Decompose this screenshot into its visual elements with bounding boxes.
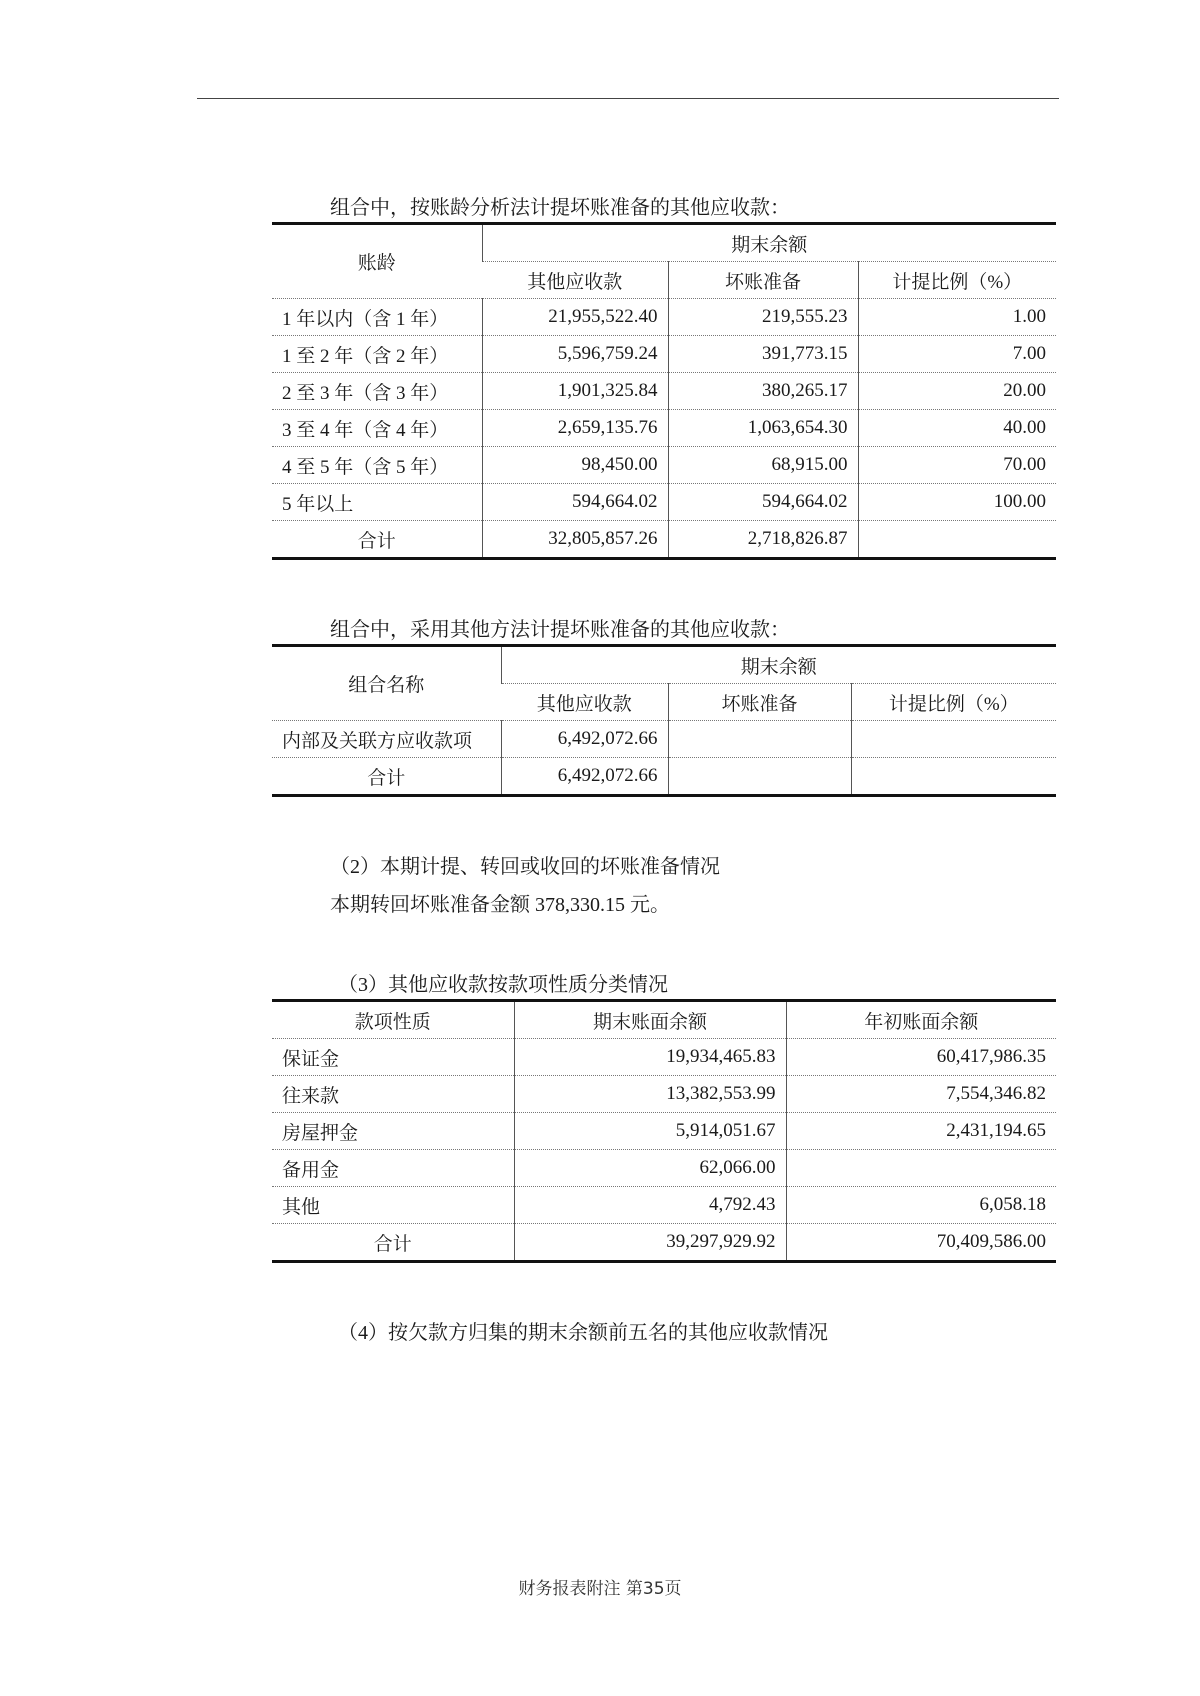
cell-ratio: 1.00 bbox=[858, 299, 1056, 336]
cell-ratio: 40.00 bbox=[858, 410, 1056, 447]
table3-caption: （3）其他应收款按款项性质分类情况 bbox=[338, 973, 668, 997]
column-header-begin-balance: 年初账面余额 bbox=[786, 1001, 1056, 1039]
row-label: 往来款 bbox=[272, 1076, 514, 1113]
cell-begin-balance: 6,058.18 bbox=[786, 1187, 1056, 1224]
section2-heading: （2）本期计提、转回或收回的坏账准备情况 bbox=[330, 855, 720, 879]
row-label: 保证金 bbox=[272, 1039, 514, 1076]
cell-provision: 219,555.23 bbox=[668, 299, 858, 336]
column-header-ratio: 计提比例（%） bbox=[858, 262, 1056, 299]
table-row: 4 至 5 年（含 5 年） 98,450.00 68,915.00 70.00 bbox=[272, 447, 1056, 484]
row-label: 2 至 3 年（含 3 年） bbox=[272, 373, 482, 410]
total-provision: 2,718,826.87 bbox=[668, 521, 858, 559]
page-footer: 财务报表附注 第35页 bbox=[0, 1574, 1200, 1599]
row-label: 1 年以内（含 1 年） bbox=[272, 299, 482, 336]
column-header-receivable: 其他应收款 bbox=[501, 684, 668, 721]
header-rule bbox=[197, 98, 1059, 99]
column-header-nature: 款项性质 bbox=[272, 1001, 514, 1039]
table-row: 往来款 13,382,553.99 7,554,346.82 bbox=[272, 1076, 1056, 1113]
cell-ratio bbox=[851, 721, 1056, 758]
table-total-row: 合计 39,297,929.92 70,409,586.00 bbox=[272, 1224, 1056, 1262]
cell-provision: 68,915.00 bbox=[668, 447, 858, 484]
cell-receivable: 21,955,522.40 bbox=[482, 299, 668, 336]
cell-end-balance: 13,382,553.99 bbox=[514, 1076, 786, 1113]
column-group-header: 期末余额 bbox=[482, 224, 1056, 262]
row-label: 房屋押金 bbox=[272, 1113, 514, 1150]
column-header-provision: 坏账准备 bbox=[668, 262, 858, 299]
row-label: 其他 bbox=[272, 1187, 514, 1224]
column-header-receivable: 其他应收款 bbox=[482, 262, 668, 299]
cell-begin-balance: 60,417,986.35 bbox=[786, 1039, 1056, 1076]
row-label: 备用金 bbox=[272, 1150, 514, 1187]
row-label: 1 至 2 年（含 2 年） bbox=[272, 336, 482, 373]
table-header-row: 组合名称 期末余额 bbox=[272, 646, 1056, 684]
cell-receivable: 98,450.00 bbox=[482, 447, 668, 484]
cell-receivable: 1,901,325.84 bbox=[482, 373, 668, 410]
column-group-header: 期末余额 bbox=[501, 646, 1056, 684]
table1-caption: 组合中，按账龄分析法计提坏账准备的其他应收款： bbox=[330, 196, 790, 220]
table-row: 内部及关联方应收款项 6,492,072.66 bbox=[272, 721, 1056, 758]
total-ratio bbox=[851, 758, 1056, 796]
cell-ratio: 20.00 bbox=[858, 373, 1056, 410]
cell-receivable: 5,596,759.24 bbox=[482, 336, 668, 373]
table-row: 2 至 3 年（含 3 年） 1,901,325.84 380,265.17 2… bbox=[272, 373, 1056, 410]
row-label: 内部及关联方应收款项 bbox=[272, 721, 501, 758]
cell-end-balance: 4,792.43 bbox=[514, 1187, 786, 1224]
total-label: 合计 bbox=[272, 758, 501, 796]
row-label: 3 至 4 年（含 4 年） bbox=[272, 410, 482, 447]
table-row: 保证金 19,934,465.83 60,417,986.35 bbox=[272, 1039, 1056, 1076]
column-header-end-balance: 期末账面余额 bbox=[514, 1001, 786, 1039]
table2-caption: 组合中，采用其他方法计提坏账准备的其他应收款： bbox=[330, 618, 790, 642]
cell-receivable: 6,492,072.66 bbox=[501, 721, 668, 758]
cell-receivable: 2,659,135.76 bbox=[482, 410, 668, 447]
total-label: 合计 bbox=[272, 1224, 514, 1262]
table-row: 其他 4,792.43 6,058.18 bbox=[272, 1187, 1056, 1224]
cell-provision: 380,265.17 bbox=[668, 373, 858, 410]
table-header-row: 款项性质 期末账面余额 年初账面余额 bbox=[272, 1001, 1056, 1039]
column-header-group-name: 组合名称 bbox=[272, 646, 501, 721]
cell-provision: 391,773.15 bbox=[668, 336, 858, 373]
cell-ratio: 7.00 bbox=[858, 336, 1056, 373]
column-header-ratio: 计提比例（%） bbox=[851, 684, 1056, 721]
total-end-balance: 39,297,929.92 bbox=[514, 1224, 786, 1262]
section2-text: 本期转回坏账准备金额 378,330.15 元。 bbox=[330, 893, 670, 917]
column-header-provision: 坏账准备 bbox=[668, 684, 851, 721]
table-row: 1 至 2 年（含 2 年） 5,596,759.24 391,773.15 7… bbox=[272, 336, 1056, 373]
cell-provision bbox=[668, 721, 851, 758]
cell-receivable: 594,664.02 bbox=[482, 484, 668, 521]
cell-begin-balance: 2,431,194.65 bbox=[786, 1113, 1056, 1150]
table-header-row: 账龄 期末余额 bbox=[272, 224, 1056, 262]
cell-provision: 594,664.02 bbox=[668, 484, 858, 521]
column-header-aging: 账龄 bbox=[272, 224, 482, 299]
aging-table: 账龄 期末余额 其他应收款 坏账准备 计提比例（%） 1 年以内（含 1 年） … bbox=[272, 222, 1056, 560]
cell-ratio: 100.00 bbox=[858, 484, 1056, 521]
table-row: 1 年以内（含 1 年） 21,955,522.40 219,555.23 1.… bbox=[272, 299, 1056, 336]
table-row: 房屋押金 5,914,051.67 2,431,194.65 bbox=[272, 1113, 1056, 1150]
cell-end-balance: 62,066.00 bbox=[514, 1150, 786, 1187]
cell-begin-balance bbox=[786, 1150, 1056, 1187]
cell-end-balance: 5,914,051.67 bbox=[514, 1113, 786, 1150]
section4-heading: （4）按欠款方归集的期末余额前五名的其他应收款情况 bbox=[338, 1321, 828, 1345]
total-label: 合计 bbox=[272, 521, 482, 559]
cell-provision: 1,063,654.30 bbox=[668, 410, 858, 447]
total-provision bbox=[668, 758, 851, 796]
total-receivable: 32,805,857.26 bbox=[482, 521, 668, 559]
table-row: 5 年以上 594,664.02 594,664.02 100.00 bbox=[272, 484, 1056, 521]
total-receivable: 6,492,072.66 bbox=[501, 758, 668, 796]
table-total-row: 合计 32,805,857.26 2,718,826.87 bbox=[272, 521, 1056, 559]
table-total-row: 合计 6,492,072.66 bbox=[272, 758, 1056, 796]
cell-ratio: 70.00 bbox=[858, 447, 1056, 484]
table-row: 3 至 4 年（含 4 年） 2,659,135.76 1,063,654.30… bbox=[272, 410, 1056, 447]
nature-table: 款项性质 期末账面余额 年初账面余额 保证金 19,934,465.83 60,… bbox=[272, 999, 1056, 1263]
row-label: 5 年以上 bbox=[272, 484, 482, 521]
table-row: 备用金 62,066.00 bbox=[272, 1150, 1056, 1187]
total-begin-balance: 70,409,586.00 bbox=[786, 1224, 1056, 1262]
total-ratio bbox=[858, 521, 1056, 559]
cell-begin-balance: 7,554,346.82 bbox=[786, 1076, 1056, 1113]
cell-end-balance: 19,934,465.83 bbox=[514, 1039, 786, 1076]
other-method-table: 组合名称 期末余额 其他应收款 坏账准备 计提比例（%） 内部及关联方应收款项 … bbox=[272, 644, 1056, 797]
row-label: 4 至 5 年（含 5 年） bbox=[272, 447, 482, 484]
